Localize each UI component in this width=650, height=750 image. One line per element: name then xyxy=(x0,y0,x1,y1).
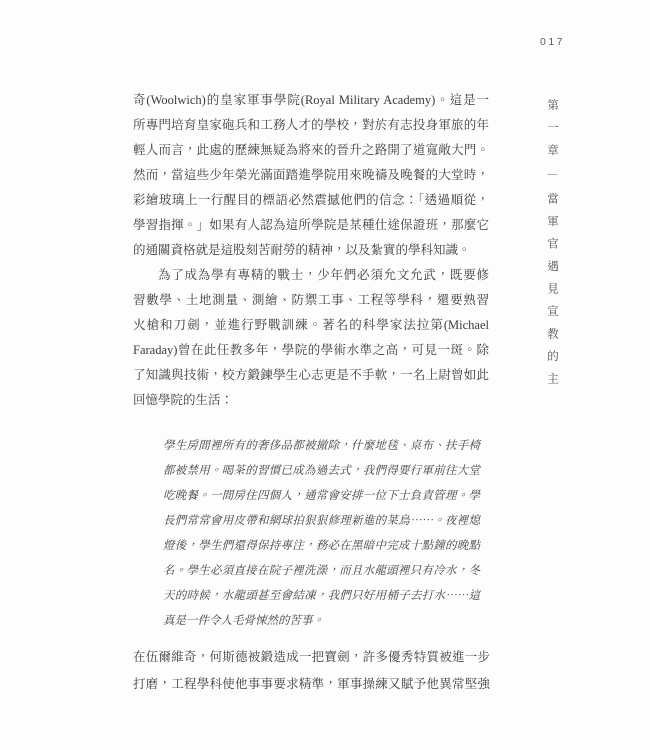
text-line: 奇(Woolwich)的皇家軍事學院(Royal Military Academ… xyxy=(133,88,489,113)
text-line: 學習指揮。」如果有人認為這所學院是某種仕途保證班，那麼它 xyxy=(133,213,489,238)
text-line: 回憶學院的生活： xyxy=(133,388,489,413)
page: 017 第一章—當軍官遇見宣教的主 奇(Woolwich)的皇家軍事學院(Roy… xyxy=(0,0,650,750)
paragraph-1: 奇(Woolwich)的皇家軍事學院(Royal Military Academ… xyxy=(133,88,489,263)
text-line: Faraday)曾在此任教多年，學院的學術水準之高，可見一斑。除 xyxy=(133,338,489,363)
quote-line: 吃晚餐。一間房住四個人，通常會安排一位下士負責管理。學 xyxy=(163,484,480,509)
text-line: 然而，當這些少年榮光滿面踏進學院用來晚禱及晚餐的大堂時， xyxy=(133,163,489,188)
book-page-scan: { "page": { "number": "017", "chapter": … xyxy=(0,0,650,750)
main-text: 奇(Woolwich)的皇家軍事學院(Royal Military Academ… xyxy=(133,88,489,413)
text-line: 了知識與技術，校方鍛鍊學生心志更是不手軟，一名上尉曾如此 xyxy=(133,363,489,388)
quote-line: 長們常常會用皮帶和網球拍狠狠修理新進的菜鳥⋯⋯。夜裡熄 xyxy=(163,509,480,534)
text-line: 的通關資格就是這股刻苦耐勞的精神，以及紮實的學科知識。 xyxy=(133,238,489,263)
chapter-separator: — xyxy=(547,169,558,191)
text-line: 彩繪玻璃上一行醒目的標語必然震撼他們的信念：「透過順從， xyxy=(133,188,489,213)
chapter-label: 第一章 xyxy=(546,99,558,167)
text-line: 打磨，工程學科使他事事要求精準，軍事操練又賦予他異常堅強 xyxy=(133,671,490,698)
quote-line: 都被禁用。喝茶的習慣已成為過去式，我們得要行軍前往大堂 xyxy=(163,459,480,484)
paragraph-3: 在伍爾維奇，何斯德被鍛造成一把寶劍，許多優秀特質被進一步 打磨，工程學科使他事事… xyxy=(133,644,490,698)
text-line: 所專門培育皇家砲兵和工務人才的學校，對於有志投身軍旅的年 xyxy=(133,113,489,138)
text-line: 在伍爾維奇，何斯德被鍛造成一把寶劍，許多優秀特質被進一步 xyxy=(133,644,490,671)
quote-line: 名。學生必須直接在院子裡洗澡，而且水龍頭裡只有冷水，冬 xyxy=(163,559,480,584)
chapter-sidebar: 第一章—當軍官遇見宣教的主 xyxy=(544,99,560,659)
quote-line: 燈後，學生們還得保持專注，務必在黑暗中完成十點鐘的晚點 xyxy=(163,534,480,559)
quote-line: 學生房間裡所有的奢侈品都被撤除，什麼地毯、桌布、扶手椅 xyxy=(163,434,480,459)
text-line: 火槍和刀劍，並進行野戰訓練。著名的科學家法拉第(Michael xyxy=(133,313,489,338)
text-line: 為了成為學有專精的戰士，少年們必須允文允武，既要修 xyxy=(133,263,489,288)
chapter-title: 當軍官遇見宣教的主 xyxy=(546,193,558,396)
memoir-blockquote: 學生房間裡所有的奢侈品都被撤除，什麼地毯、桌布、扶手椅 都被禁用。喝茶的習慣已成… xyxy=(163,434,480,634)
quote-line: 真是一件令人毛骨悚然的苦事。 xyxy=(163,609,480,634)
text-line: 輕人而言，此處的歷練無疑為將來的晉升之路開了道寬敞大門。 xyxy=(133,138,489,163)
paragraph-2: 為了成為學有專精的戰士，少年們必須允文允武，既要修 習數學、土地測量、測繪、防禦… xyxy=(133,263,489,413)
page-number: 017 xyxy=(540,36,565,48)
quote-line: 天的時候，水龍頭甚至會結凍，我們只好用桶子去打水⋯⋯這 xyxy=(163,584,480,609)
text-line: 習數學、土地測量、測繪、防禦工事、工程等學科，還要熟習 xyxy=(133,288,489,313)
